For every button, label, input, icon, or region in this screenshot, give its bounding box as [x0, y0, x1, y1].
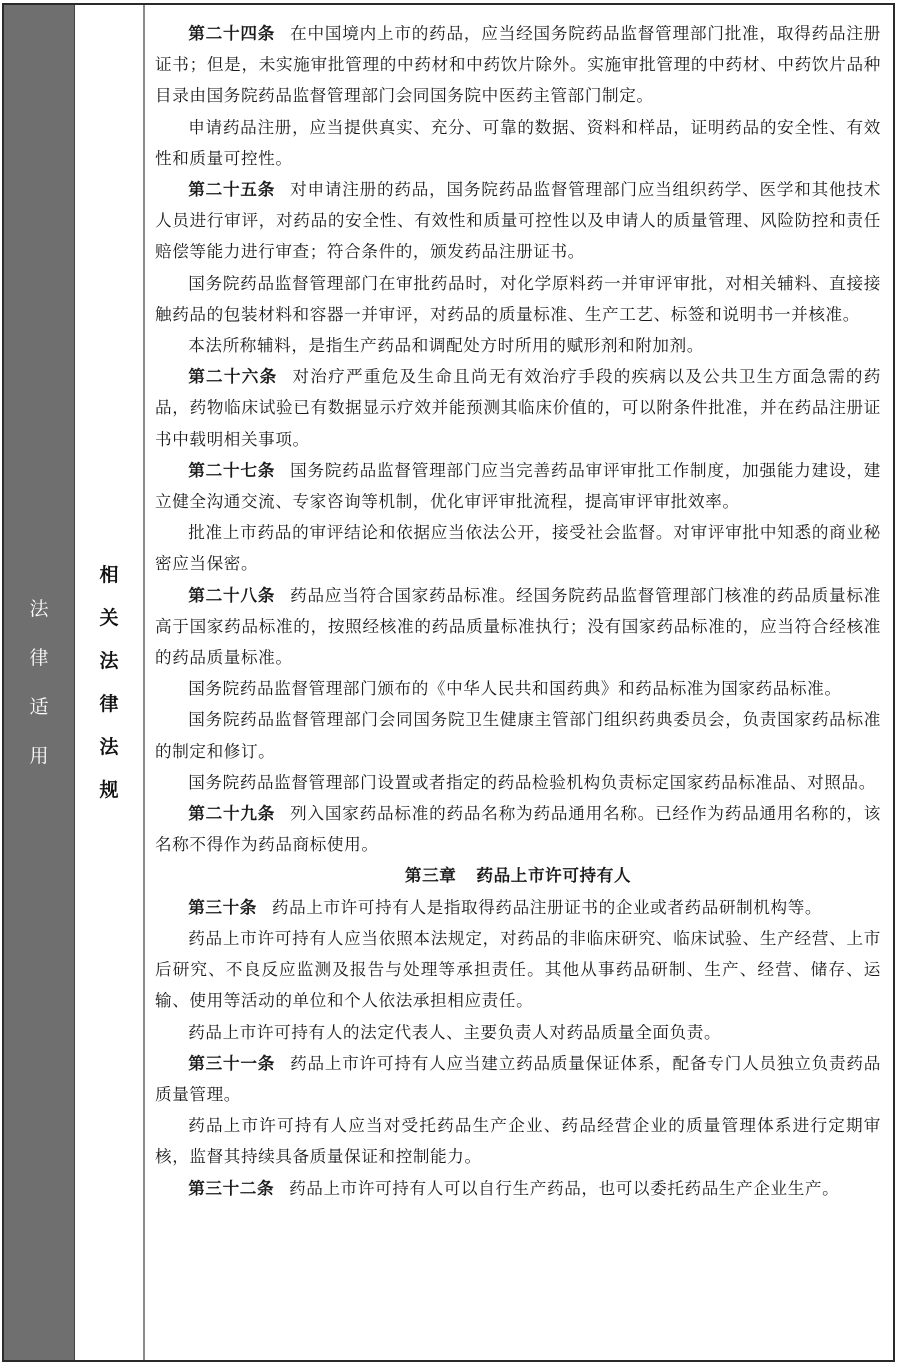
article-number: 第二十八条	[188, 586, 275, 605]
chapter-number: 第三章	[405, 866, 457, 885]
article-30: 第三十条药品上市许可持有人是指取得药品注册证书的企业或者药品研制机构等。	[155, 892, 881, 923]
article-number: 第二十九条	[188, 804, 275, 823]
paragraph: 批准上市药品的审评结论和依据应当依法公开，接受社会监督。对审评审批中知悉的商业秘…	[155, 517, 881, 579]
content-column: 第二十四条在中国境内上市的药品，应当经国务院药品监督管理部门批准，取得药品注册证…	[145, 5, 893, 1360]
article-28: 第二十八条药品应当符合国家药品标准。经国务院药品监督管理部门核准的药品质量标准高…	[155, 580, 881, 674]
article-number: 第三十一条	[188, 1054, 275, 1073]
article-text: 药品上市许可持有人可以自行生产药品，也可以委托药品生产企业生产。	[289, 1179, 839, 1198]
article-25: 第二十五条对申请注册的药品，国务院药品监督管理部门应当组织药学、医学和其他技术人…	[155, 174, 881, 268]
article-number: 第三十条	[188, 898, 257, 917]
paragraph: 药品上市许可持有人应当依照本法规定，对药品的非临床研究、临床试验、生产经营、上市…	[155, 923, 881, 1017]
article-number: 第二十七条	[188, 461, 275, 480]
chapter-heading: 第三章药品上市许可持有人	[155, 860, 881, 891]
article-32: 第三十二条药品上市许可持有人可以自行生产药品，也可以委托药品生产企业生产。	[155, 1173, 881, 1204]
subcategory-char: 关	[99, 609, 118, 628]
article-31: 第三十一条药品上市许可持有人应当建立药品质量保证体系，配备专门人员独立负责药品质…	[155, 1048, 881, 1110]
article-24: 第二十四条在中国境内上市的药品，应当经国务院药品监督管理部门批准，取得药品注册证…	[155, 18, 881, 112]
article-text: 药品上市许可持有人是指取得药品注册证书的企业或者药品研制机构等。	[272, 898, 822, 917]
category-column: 法 律 适 用	[4, 5, 75, 1360]
category-char: 用	[29, 747, 48, 766]
category-char: 律	[29, 649, 48, 668]
article-number: 第二十四条	[188, 24, 275, 43]
paragraph: 国务院药品监督管理部门在审批药品时，对化学原料药一并审评审批，对相关辅料、直接接…	[155, 268, 881, 330]
subcategory-char: 法	[99, 652, 118, 671]
category-char: 适	[29, 698, 48, 717]
subcategory-char: 律	[99, 695, 118, 714]
subcategory-column: 相 关 法 律 法 规	[75, 5, 145, 1360]
chapter-title: 药品上市许可持有人	[476, 866, 631, 885]
paragraph: 药品上市许可持有人应当对受托药品生产企业、药品经营企业的质量管理体系进行定期审核…	[155, 1110, 881, 1172]
article-26: 第二十六条对治疗严重危及生命且尚无有效治疗手段的疾病以及公共卫生方面急需的药品，…	[155, 361, 881, 455]
article-number: 第二十五条	[188, 180, 275, 199]
paragraph: 申请药品注册，应当提供真实、充分、可靠的数据、资料和样品，证明药品的安全性、有效…	[155, 112, 881, 174]
category-char: 法	[29, 600, 48, 619]
article-number: 第二十六条	[188, 367, 277, 386]
paragraph: 国务院药品监督管理部门设置或者指定的药品检验机构负责标定国家药品标准品、对照品。	[155, 767, 881, 798]
paragraph: 本法所称辅料，是指生产药品和调配处方时所用的赋形剂和附加剂。	[155, 330, 881, 361]
subcategory-char: 法	[99, 738, 118, 757]
article-29: 第二十九条列入国家药品标准的药品名称为药品通用名称。已经作为药品通用名称的，该名…	[155, 798, 881, 860]
paragraph: 国务院药品监督管理部门会同国务院卫生健康主管部门组织药典委员会，负责国家药品标准…	[155, 704, 881, 766]
subcategory-char: 相	[99, 566, 118, 585]
article-number: 第三十二条	[188, 1179, 274, 1198]
law-table: 法 律 适 用 相 关 法 律 法 规 第二十四条在中国境内上市的药品，应当经国…	[2, 3, 895, 1362]
paragraph: 国务院药品监督管理部门颁布的《中华人民共和国药典》和药品标准为国家药品标准。	[155, 673, 881, 704]
article-27: 第二十七条国务院药品监督管理部门应当完善药品审评审批工作制度，加强能力建设，建立…	[155, 455, 881, 517]
subcategory-char: 规	[99, 781, 118, 800]
paragraph: 药品上市许可持有人的法定代表人、主要负责人对药品质量全面负责。	[155, 1017, 881, 1048]
